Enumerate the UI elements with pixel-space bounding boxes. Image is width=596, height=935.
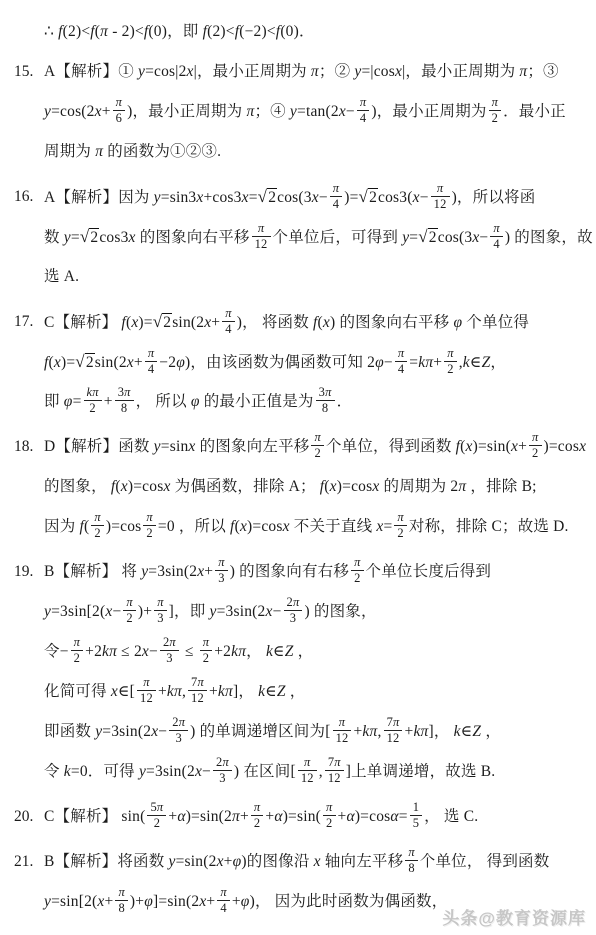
radical-icon: √ [418,227,428,246]
math-line: C【解析】 sin(5π2+α)=sin(2π+π2+α)=sin(π2+α)=… [44,797,590,837]
math-line: 即函数 y=3sin(2x−2π3) 的单调递增区间为[π12+kπ,7π12+… [44,712,590,752]
math-line: 的图象， f(x)=cosx 为偶函数，排除 A； f(x)=cosx 的周期为… [44,467,590,507]
fraction: π3 [154,595,166,626]
fraction: π2 [200,635,212,666]
fraction: π4 [217,885,229,916]
math-line: A【解析】① y=cos|2x|，最小正周期为 π；② y=|cosx|，最小正… [44,52,590,92]
math-line: B【解析】将函数 y=sin(2x+φ)的图像沿 x 轴向左平移π8个单位， 得… [44,842,590,882]
fraction: 7π12 [188,675,207,706]
fraction: π6 [113,95,125,126]
fraction: 7π12 [325,755,344,786]
fraction: π4 [490,221,502,252]
fraction: π8 [405,845,417,876]
document-body: ∴ f(2)<f(π - 2)<f(0)，即 f(2)<f(−2)<f(0)． … [0,0,596,922]
fraction: 2π3 [213,755,232,786]
math-line: 选 A. [44,257,590,297]
fraction: π2 [323,800,335,831]
fraction: π4 [222,306,234,337]
item-number: 18. [14,427,33,467]
math-line: 周期为 π 的函数为①②③. [44,132,590,172]
fraction: kπ2 [84,385,102,416]
math-line: 令 k=0．可得 y=3sin(2x−2π3) 在区间[π12,7π12]上单调… [44,752,590,792]
fraction: π2 [143,510,155,541]
item-number: 20. [14,797,33,837]
fraction: 5π2 [147,800,166,831]
fraction: π2 [251,800,263,831]
item-number: 19. [14,552,33,592]
solution-items: 15.A【解析】① y=cos|2x|，最小正周期为 π；② y=|cosx|，… [14,52,590,922]
math-line: D【解析】函数 y=sinx 的图象向左平移π2个单位，得到函数 f(x)=si… [44,427,590,467]
item-number: 16. [14,177,33,217]
fraction: π4 [145,346,157,377]
fraction: π3 [215,555,227,586]
fraction: π12 [252,221,271,252]
radical-icon: √ [153,312,163,331]
fraction: π4 [330,181,342,212]
math-line: A【解析】因为 y=sin3x+cos3x=√2cos(3x−π4)=√2cos… [44,177,590,217]
item-number: 17. [14,302,33,342]
radical-icon: √ [258,187,268,206]
fraction: 2π3 [160,635,179,666]
fraction: 3π8 [115,385,134,416]
fraction: π2 [351,555,363,586]
radical-icon: √ [80,227,90,246]
solution-item-15: 15.A【解析】① y=cos|2x|，最小正周期为 π；② y=|cosx|，… [14,52,590,172]
math-line: 即 φ=kπ2+3π8， 所以 φ 的最小正值是为3π8． [44,382,590,422]
fraction: 2π3 [284,595,303,626]
fraction: π12 [298,755,317,786]
fraction: π12 [137,675,156,706]
fraction: 2π3 [169,715,188,746]
math-line: 化简可得 x∈[π12+kπ,7π12+kπ]， k∈Z ， [44,672,590,712]
fraction: π8 [115,885,127,916]
conclusion-line: ∴ f(2)<f(π - 2)<f(0)，即 f(2)<f(−2)<f(0)． [14,12,590,52]
math-line: 因为 f(π2)=cosπ2=0 ，所以 f(x)=cosx 不关于直线 x=π… [44,507,590,547]
fraction: π12 [431,181,450,212]
math-line: 令−π2+2kπ ≤ 2x−2π3 ≤ π2+2kπ， k∈Z ， [44,632,590,672]
fraction: 7π12 [384,715,403,746]
fraction: π2 [71,635,83,666]
fraction: 3π8 [316,385,335,416]
watermark: 头条@教育资源库 [442,904,586,929]
fraction: π2 [394,510,406,541]
fraction: π4 [395,346,407,377]
fraction: π12 [333,715,352,746]
math-line: B【解析】 将 y=3sin(2x+π3) 的图象向有右移π2个单位长度后得到 [44,552,590,592]
math-line: f(x)=√2sin(2x+π4−2φ)，由该函数为偶函数可知 2φ−π4=kπ… [44,342,590,382]
fraction: π2 [444,346,456,377]
solution-item-17: 17.C【解析】 f(x)=√2sin(2x+π4)， 将函数 f(x) 的图象… [14,302,590,422]
solution-item-16: 16.A【解析】因为 y=sin3x+cos3x=√2cos(3x−π4)=√2… [14,177,590,297]
fraction: π2 [311,430,323,461]
radical-icon: √ [359,187,369,206]
math-line: y=3sin[2(x−π2)+π3]，即 y=3sin(2x−2π3) 的图象， [44,592,590,632]
fraction: π2 [529,430,541,461]
fraction: π4 [357,95,369,126]
solution-item-20: 20.C【解析】 sin(5π2+α)=sin(2π+π2+α)=sin(π2+… [14,797,590,837]
radical-icon: √ [75,352,85,371]
solution-item-18: 18.D【解析】函数 y=sinx 的图象向左平移π2个单位，得到函数 f(x)… [14,427,590,547]
fraction: π2 [123,595,135,626]
math-line: C【解析】 f(x)=√2sin(2x+π4)， 将函数 f(x) 的图象向右平… [44,302,590,342]
fraction: 15 [410,800,422,831]
math-line: y=cos(2x+π6)，最小正周期为 π；④ y=tan(2x−π4)，最小正… [44,92,590,132]
item-number: 15. [14,52,33,92]
solution-item-19: 19.B【解析】 将 y=3sin(2x+π3) 的图象向有右移π2个单位长度后… [14,552,590,792]
math-line: 数 y=√2cos3x 的图象向右平移π12个单位后，可得到 y=√2cos(3… [44,217,590,257]
item-number: 21. [14,842,33,882]
fraction: π2 [489,95,501,126]
fraction: π2 [91,510,103,541]
